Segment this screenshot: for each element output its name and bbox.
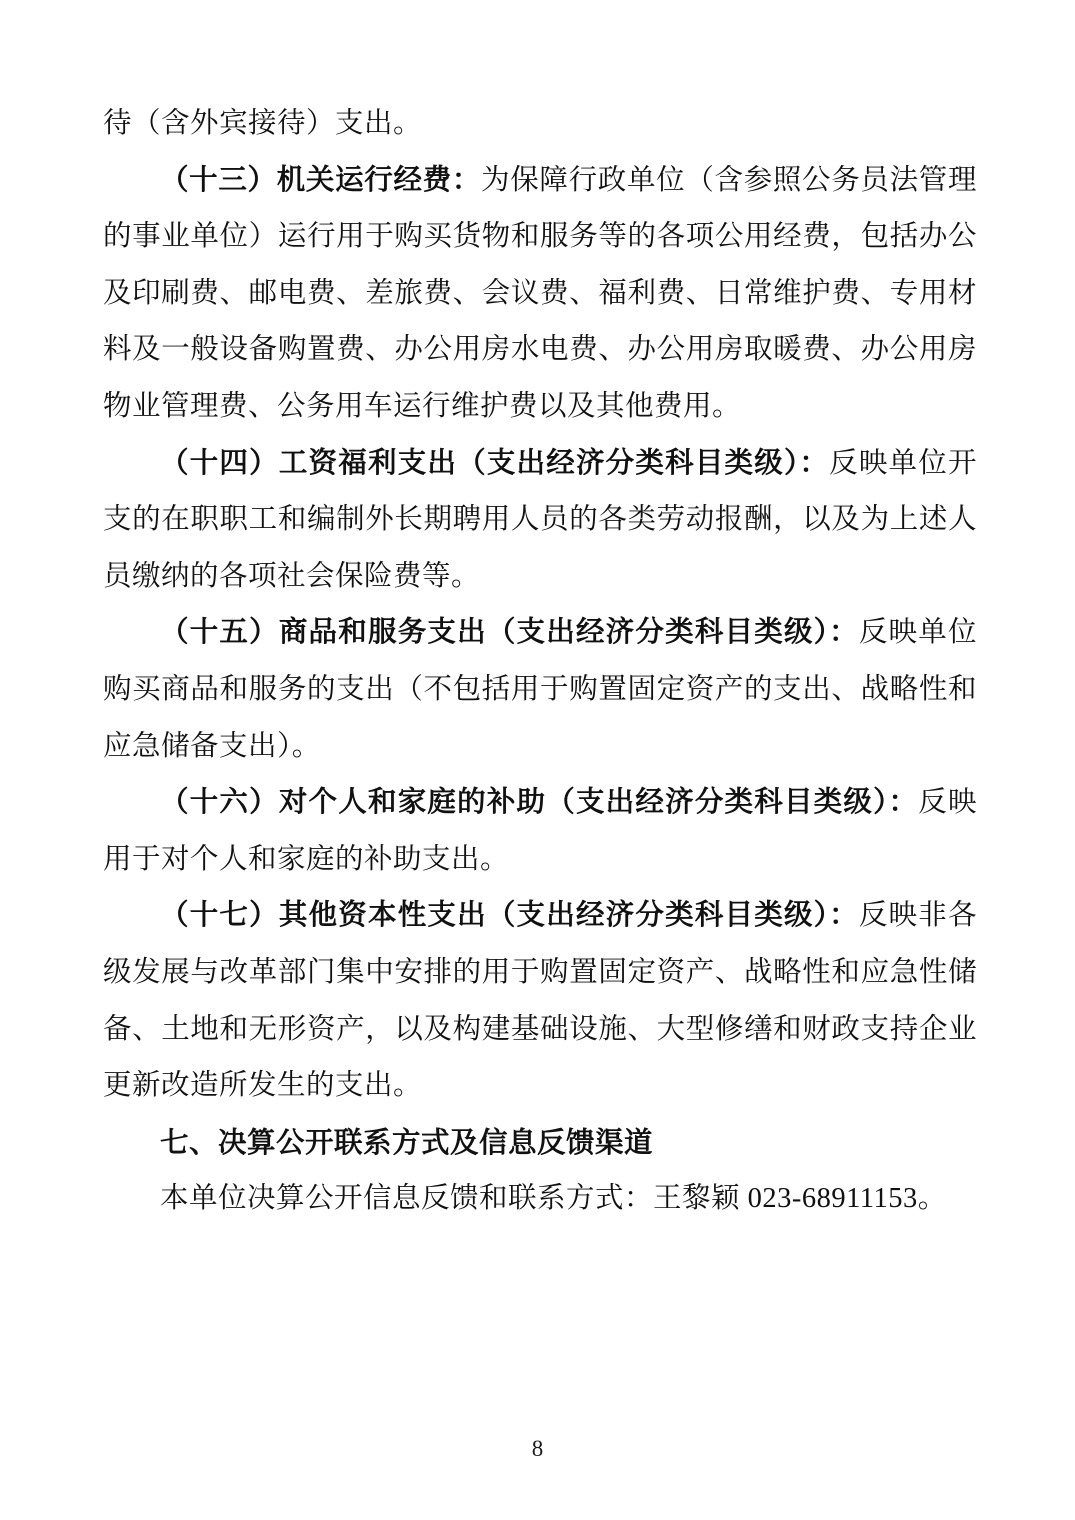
paragraph-item-17-other-capital-expenditure: （十七）其他资本性支出（支出经济分类科目类级）：反映非各级发展与改革部门集中安排… bbox=[103, 888, 977, 1114]
contact-text: 本单位决算公开信息反馈和联系方式：王黎颖 023-68911153。 bbox=[160, 1183, 947, 1214]
paragraph-lead-bold: （十六）对个人和家庭的补助（支出经济分类科目类级）： bbox=[160, 787, 918, 818]
section-heading-7-contact-feedback: 七、决算公开联系方式及信息反馈渠道 bbox=[103, 1115, 977, 1172]
paragraph-lead-bold: （十七）其他资本性支出（支出经济分类科目类级）： bbox=[160, 900, 859, 931]
paragraph-lead-bold: （十五）商品和服务支出（支出经济分类科目类级）： bbox=[160, 617, 859, 648]
document-page: 待（含外宾接待）支出。 （十三）机关运行经费：为保障行政单位（含参照公务员法管理… bbox=[0, 0, 1075, 1520]
paragraph-item-14-wage-welfare: （十四）工资福利支出（支出经济分类科目类级）：反映单位开支的在职职工和编制外长期… bbox=[103, 436, 977, 606]
paragraph-lead-bold: （十三）机关运行经费： bbox=[160, 165, 481, 196]
paragraph-item-15-goods-services: （十五）商品和服务支出（支出经济分类科目类级）：反映单位购买商品和服务的支出（不… bbox=[103, 605, 977, 775]
paragraph-item-13-operating-funds: （十三）机关运行经费：为保障行政单位（含参照公务员法管理的事业单位）运行用于购买… bbox=[103, 153, 977, 436]
page-footer: 8 bbox=[0, 1436, 1075, 1462]
page-number: 8 bbox=[532, 1436, 544, 1461]
paragraph-contact-info: 本单位决算公开信息反馈和联系方式：王黎颖 023-68911153。 bbox=[103, 1171, 977, 1228]
document-body: 待（含外宾接待）支出。 （十三）机关运行经费：为保障行政单位（含参照公务员法管理… bbox=[103, 96, 977, 1228]
paragraph-item-16-individual-family-subsidy: （十六）对个人和家庭的补助（支出经济分类科目类级）：反映用于对个人和家庭的补助支… bbox=[103, 775, 977, 888]
paragraph-reception-expense-continuation: 待（含外宾接待）支出。 bbox=[103, 96, 977, 153]
paragraph-lead-bold: （十四）工资福利支出（支出经济分类科目类级）： bbox=[160, 448, 829, 479]
paragraph-text: 待（含外宾接待）支出。 bbox=[103, 108, 422, 139]
paragraph-text: 为保障行政单位（含参照公务员法管理的事业单位）运行用于购买货物和服务等的各项公用… bbox=[103, 165, 977, 422]
